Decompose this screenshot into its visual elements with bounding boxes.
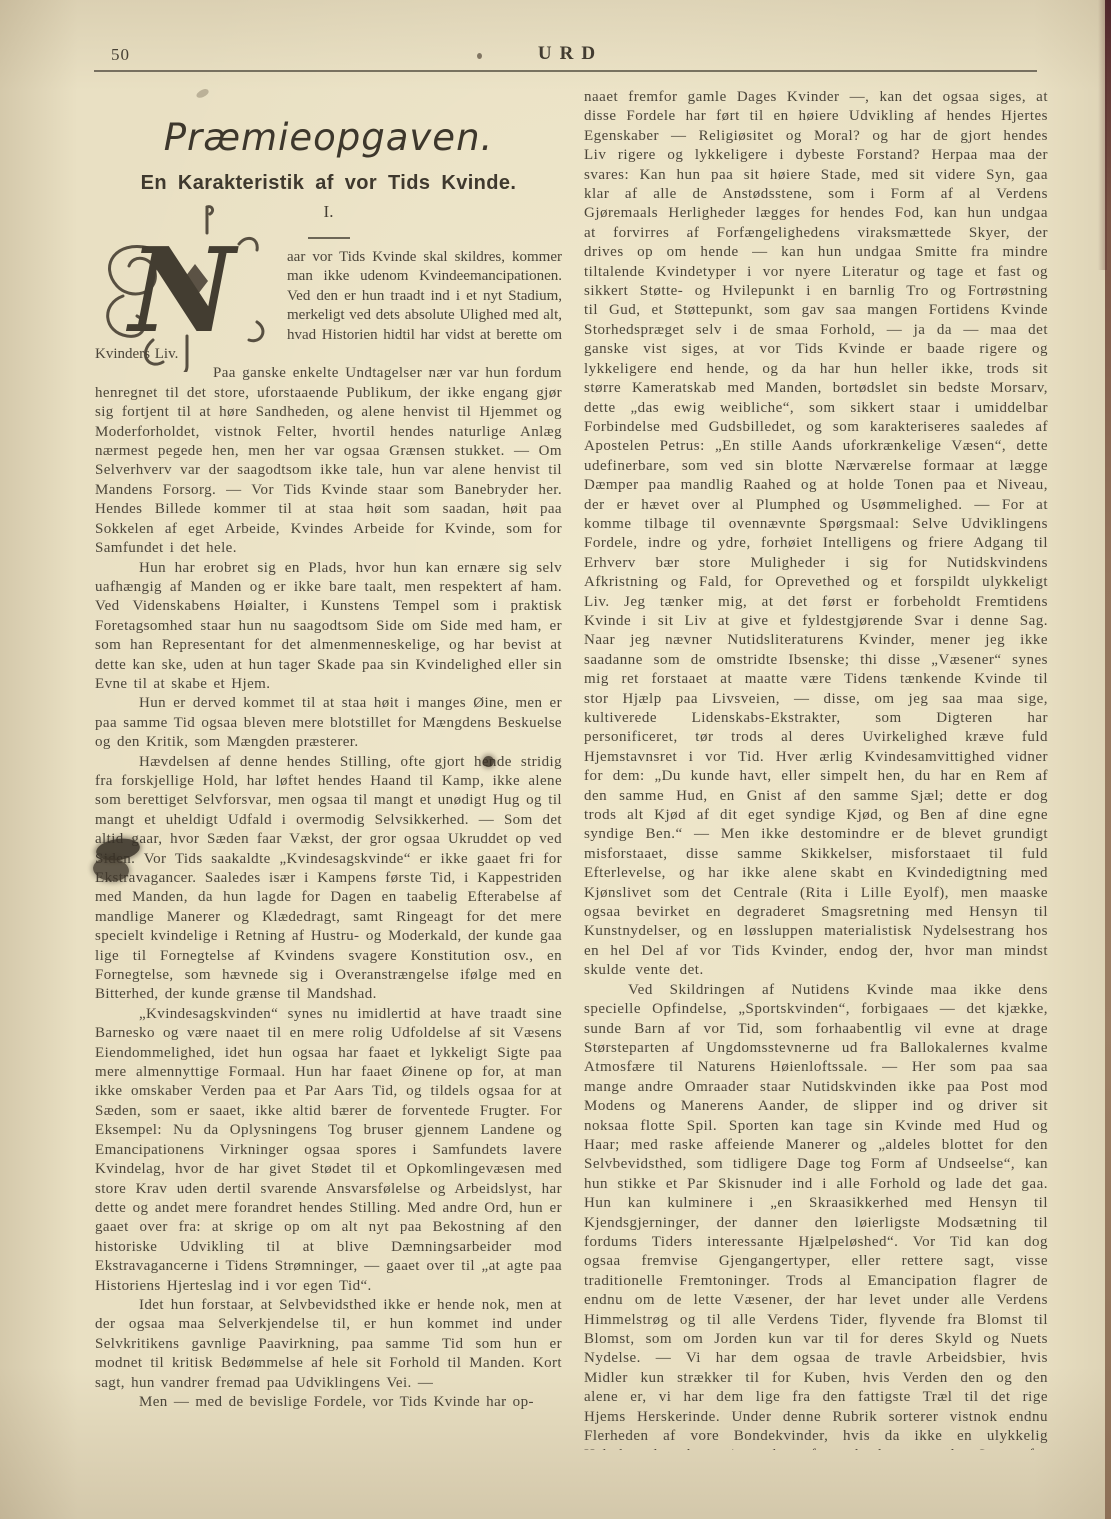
paragraph: Hun er derved kommet til at staa høit i … xyxy=(95,694,562,752)
right-column: naaet fremfor gamle Dages Kvinder —, kan… xyxy=(584,88,1048,1450)
dropcap-letter: N xyxy=(125,223,239,359)
ink-smudge xyxy=(195,88,210,99)
ornamental-initial: N xyxy=(95,248,287,345)
article-subtitle: En Karakteristik af vor Tids Kvinde. xyxy=(95,172,562,195)
article-title: Præmieopgaven. xyxy=(95,116,562,159)
masthead-title: URD xyxy=(30,43,1111,65)
paragraph: „Kvindesagskvinden“ synes nu imidlertid … xyxy=(95,1005,562,1296)
paragraph: Men — med de bevislige Fordele, vor Tids… xyxy=(95,1393,562,1412)
paragraph: Hævdelsen af denne hendes Stilling, ofte… xyxy=(95,753,562,1005)
paragraph: naaet fremfor gamle Dages Kvinder —, kan… xyxy=(584,88,1048,981)
left-column: Præmieopgaven. En Karakteristik af vor T… xyxy=(95,100,562,1464)
section-rule xyxy=(308,237,350,239)
paragraph: Idet hun forstaar, at Selvbevidsthed ikk… xyxy=(95,1296,562,1393)
section-numeral: I. xyxy=(95,202,562,222)
paragraph: Paa ganske enkelte Undtagelser nær var h… xyxy=(95,364,562,558)
scan-edge-shadow xyxy=(1105,0,1111,1519)
magazine-page: 50 URD Præmieopgaven. En Karakteristik a… xyxy=(0,0,1111,1519)
paragraph: Hun har erobret sig en Plads, hvor hun k… xyxy=(95,559,562,695)
paragraph: Ved Skildringen af Nutidens Kvinde maa i… xyxy=(584,981,1048,1450)
header-rule xyxy=(94,70,1037,72)
